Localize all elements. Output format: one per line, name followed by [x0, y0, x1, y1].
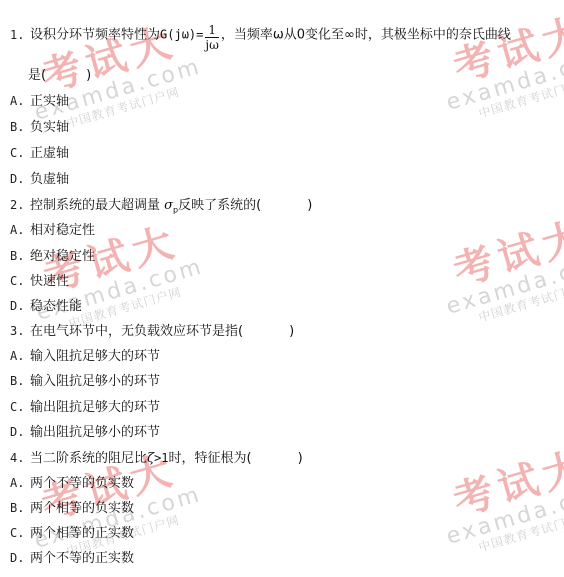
option-a: A.输入阻抗足够大的环节	[10, 348, 160, 365]
option-text: 负虚轴	[30, 172, 69, 187]
option-text: 两个不等的负实数	[30, 476, 134, 491]
question-text: 设积分环节频率特性为	[30, 28, 160, 43]
option-text: 稳态性能	[30, 299, 82, 314]
question-number: 3.	[10, 323, 30, 339]
watermark-url: examda.com	[444, 250, 564, 319]
question-text: 在电气环节中，无负载效应环节是指(	[30, 324, 243, 339]
question-number: 2.	[10, 197, 30, 213]
option-text: 快速性	[30, 274, 69, 289]
option-letter: D.	[10, 550, 30, 566]
watermark-url: examda.com	[444, 480, 564, 549]
option-text: 两个相等的负实数	[30, 501, 134, 516]
option-a: A.两个不等的负实数	[10, 475, 134, 492]
question-text: 控制系统的最大超调量	[30, 198, 160, 213]
option-b: B.绝对稳定性	[10, 248, 95, 265]
fraction-denominator: jω	[205, 38, 219, 53]
option-text: 两个不等的正实数	[30, 551, 134, 566]
question-text-continued: ，当频率ω从0变化至∞时，其极坐标中的奈氏曲线	[221, 28, 511, 43]
answer-blank-close: )	[307, 198, 312, 213]
option-text: 绝对稳定性	[30, 249, 95, 264]
option-letter: B.	[10, 373, 30, 389]
overshoot-symbol: σ	[164, 198, 173, 213]
option-letter: A.	[10, 93, 30, 109]
option-text: 输入阻抗足够小的环节	[30, 374, 160, 389]
option-d: D.输出阻抗足够小的环节	[10, 424, 160, 441]
watermark-subtitle: 中国教育考试门户网	[450, 501, 564, 562]
question-number: 4.	[10, 450, 30, 466]
watermark: 考试大 examda.com 中国教育考试门户网	[433, 210, 564, 333]
watermark-url: examda.com	[32, 56, 204, 125]
answer-blank-close: )	[298, 451, 303, 466]
watermark-url: examda.com	[32, 484, 204, 553]
question-4-stem: 4.当二阶系统的阻尼比ζ>1时，特征根为()	[10, 450, 303, 467]
option-text: 相对稳定性	[30, 223, 95, 238]
option-letter: A.	[10, 475, 30, 491]
watermark: 考试大 examda.com 中国教育考试门户网	[433, 440, 564, 563]
option-a: A.正实轴	[10, 93, 69, 110]
option-letter: B.	[10, 500, 30, 516]
question-1-stem-continuation: 是()	[28, 68, 91, 84]
option-c: C.输出阻抗足够大的环节	[10, 399, 160, 416]
question-text-continued: 时，特征根为(	[169, 451, 252, 466]
watermark-logo-text: 考试大	[433, 210, 564, 298]
option-letter: D.	[10, 424, 30, 440]
option-letter: C.	[10, 525, 30, 541]
option-b: B.两个相等的负实数	[10, 500, 134, 517]
option-text: 输出阻抗足够小的环节	[30, 425, 160, 440]
question-3-stem: 3.在电气环节中，无负载效应环节是指()	[10, 323, 294, 340]
option-c: C.两个相等的正实数	[10, 525, 134, 542]
answer-blank-close: )	[86, 68, 91, 83]
watermark-logo-text: 考试大	[433, 440, 564, 528]
formula-lhs: G(jω)=	[160, 28, 203, 42]
option-d: D.两个不等的正实数	[10, 550, 134, 567]
option-text: 负实轴	[30, 120, 69, 135]
answer-blank-open: 是(	[28, 68, 46, 83]
option-d: D.负虚轴	[10, 171, 69, 188]
damping-condition: >1	[154, 451, 168, 465]
option-text: 两个相等的正实数	[30, 526, 134, 541]
option-text: 正实轴	[30, 94, 69, 109]
question-2-stem: 2.控制系统的最大超调量 σp反映了系统的()	[10, 197, 312, 219]
option-letter: A.	[10, 348, 30, 364]
option-c: C.快速性	[10, 273, 69, 290]
fraction-numerator: 1	[205, 23, 219, 38]
question-text: 当二阶系统的阻尼比	[30, 451, 147, 466]
formula-fraction: 1jω	[205, 23, 219, 53]
option-letter: D.	[10, 298, 30, 314]
option-b: B.输入阻抗足够小的环节	[10, 373, 160, 390]
option-letter: C.	[10, 145, 30, 161]
option-a: A.相对稳定性	[10, 222, 95, 239]
watermark-subtitle: 中国教育考试门户网	[450, 271, 564, 332]
option-d: D.稳态性能	[10, 298, 82, 315]
option-letter: B.	[10, 248, 30, 264]
option-text: 正虚轴	[30, 146, 69, 161]
answer-blank-close: )	[289, 324, 294, 339]
option-letter: C.	[10, 399, 30, 415]
option-letter: B.	[10, 119, 30, 135]
damping-ratio-symbol: ζ	[147, 451, 154, 466]
question-text-continued: 反映了系统的(	[178, 198, 261, 213]
option-letter: A.	[10, 222, 30, 238]
question-1-stem: 1.设积分环节频率特性为G(jω)=1jω，当频率ω从0变化至∞时，其极坐标中的…	[10, 20, 511, 50]
question-number: 1.	[10, 27, 30, 43]
option-letter: D.	[10, 171, 30, 187]
option-text: 输入阻抗足够大的环节	[30, 349, 160, 364]
option-letter: C.	[10, 273, 30, 289]
option-b: B.负实轴	[10, 119, 69, 136]
option-text: 输出阻抗足够大的环节	[30, 400, 160, 415]
option-c: C.正虚轴	[10, 145, 69, 162]
watermark-subtitle: 中国教育考试门户网	[450, 67, 564, 128]
watermark-url: examda.com	[444, 46, 564, 115]
